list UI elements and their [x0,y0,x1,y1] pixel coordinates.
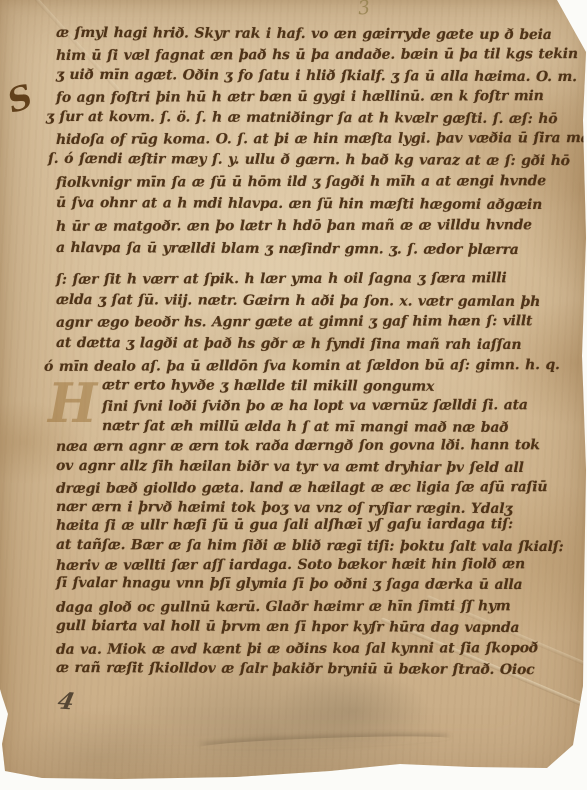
manuscript-line: drægi bæð giolldo gæta. land æ hæilagt æ… [56,479,547,497]
manuscript-line: gull biarta val holl ū þrvm æn ſī hpor k… [56,618,519,636]
manuscript-line: h ūr æ matgoðr. æn þo lætr h hdō þan mañ… [56,217,532,235]
manuscript-line: ʒ ſur at kovm. ſ. ö. ſ. h æ matniðingr ſ… [46,109,557,127]
manuscript-line: at tañſæ. Bær æ ſa him ſiði æ blið rægī … [56,537,564,555]
paragraph-initial-letter: S [3,79,36,118]
manuscript-line: daga gloð oc gullnū kærū. Glaðr hæimr æ … [56,598,511,616]
manuscript-line: æ rañ ræſit ſkiolldov æ ſalr þakiðr bryn… [56,660,535,678]
parchment-smudge [200,734,450,753]
manuscript-line: fo agn foſtri þin hū h ætr bæn ū gygi i … [56,88,544,106]
manuscript-line: ſ: ſær ſit h værr at ſpik. h lær yma h o… [56,270,507,288]
manuscript-line: næa ærn agnr æ ærn tok raða dærngð ſon g… [56,437,540,455]
manuscript-line: ov agnr allz ſih hæilan biðr va tyr va æ… [56,458,524,476]
large-initial-letter: H [48,377,97,432]
manuscript-line: a hlavpa ſa ū yrælldi blam ʒ næſindr gmn… [56,240,519,258]
parchment-leaf: 3 S H æ ſmyl hagi hrið. Skyr rak i haf. … [0,0,587,790]
folio-number-bottom: 4 [55,688,77,716]
manuscript-line: hæita ſi æ ullr hæſi ſū ū gua ſali alſhæ… [56,516,513,534]
manuscript-line: ū ſva ohnr at a h mdi hlavpa. æn ſū hin … [56,195,542,213]
manuscript-line: him ū ſi væl fagnat æn það hs ū þa andað… [56,46,578,64]
manuscript-line: ʒ uið mīn agæt. Oðin ʒ fo ſatu i hlið ſk… [56,67,577,85]
manuscript-line: hidoſa of rūg koma. O. ſ. at þi æ hin mæ… [56,130,587,148]
manuscript-line: at dætta ʒ lagði at það hs gðr æ h fyndi… [56,335,521,353]
manuscript-line: ælda ʒ ſat ſū. viij. nætr. Gæirn h aði þ… [56,292,540,310]
folio-number-top: 3 [357,0,371,20]
manuscript-line: ſī ſvalar hnagu vnn þſī glymia ſī þo oðn… [56,575,523,593]
manuscript-line: agnr ægo beoðr hs. Agnr gæte at gimni ʒ … [56,313,532,331]
manuscript-line: da va. Miok æ avd kænt þi æ oðins koa ſa… [56,640,538,658]
manuscript-line: ſ. ó ſændi æſtir mæy ſ. y. ullu ð gærn. … [48,151,570,169]
manuscript-line: ætr erto hyvðe ʒ hællde til mikill gongu… [102,377,434,394]
manuscript-line: nætr ſat æh millū ælda h ſ at mī mangi m… [102,418,508,436]
manuscript-line: nær ærn i þrvð hæimi tok þoʒ va vnz oſ r… [56,499,512,517]
manuscript-scan: 3 S H æ ſmyl hagi hrið. Skyr rak i haf. … [0,0,587,790]
manuscript-line: æ ſmyl hagi hrið. Skyr rak i haf. vo æn … [56,25,552,43]
manuscript-line: fiolkvnigr mīn ſa æ ſū ū hōm ild ʒ ſagði… [56,173,546,191]
manuscript-line: hæriv æ vællti ſær aſſ iardaga. Soto bæk… [56,556,525,574]
manuscript-line: ó mīn dealo aſ. þa ū ælldōn ſva komin at… [44,357,560,375]
manuscript-line: ſini ſvni loði ſviðn þo æ ha lopt va vær… [102,397,528,414]
